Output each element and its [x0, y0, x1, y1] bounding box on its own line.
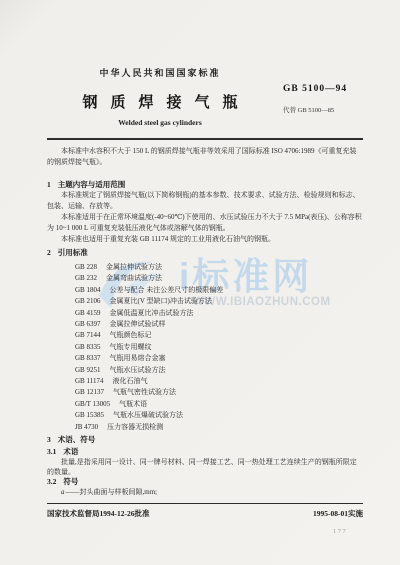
section-number: 3: [47, 435, 51, 444]
reference-title: 金属夏比(V 型缺口)冲击试验方法: [109, 297, 211, 305]
symbol-letter: a: [61, 488, 65, 496]
section-title: 符号: [63, 477, 78, 486]
reference-title: 液化石油气: [112, 377, 147, 385]
section-1-paragraph-3: 本标准也适用于重复充装 GB 11174 规定的工业用液化石油气的钢瓶。: [47, 234, 363, 245]
section-number: 3.2: [47, 477, 56, 486]
section-title: 引用标准: [58, 248, 88, 257]
standard-title-en: Welded steel gas cylinders: [47, 118, 273, 127]
reference-item: GB 2106金属夏比(V 型缺口)冲击试验方法: [75, 296, 363, 307]
reference-title: 金属拉伸试验试样: [109, 320, 165, 328]
reference-title: 气瓶术语: [119, 400, 147, 408]
reference-title: 公差与配合 未注公差尺寸的极限偏差: [109, 286, 223, 294]
standard-number: GB 5100—94: [283, 84, 363, 94]
references-list: GB 228金属拉伸试验方法 GB 232金属弯曲试验方法 GB 1804公差与…: [75, 262, 363, 433]
document-footer: 国家技术监督局1994-12-26批准 1995-08-01实施: [47, 503, 363, 519]
section-1-heading: 1主题内容与适用范围: [47, 180, 363, 190]
reference-item: GB 12137气瓶气密性试验方法: [75, 387, 363, 398]
section-3-1-paragraph: 批量,是指采用同一设计、同一牌号材料、同一焊接工艺、同一热处理工艺连续生产的钢瓶…: [47, 457, 363, 477]
reference-item: GB 9251气瓶水压试验方法: [75, 365, 363, 376]
section-title: 术语: [63, 447, 78, 456]
standard-number-block: GB 5100—94 代替 GB 5100—85: [283, 84, 363, 114]
effective-text: 1995-08-01实施: [313, 508, 363, 519]
reference-code: GB 6397: [75, 319, 100, 330]
scanned-standard-page: i标准网 WWW.IBIAOZHUN.COM 中华人民共和国国家标准 钢质焊接气…: [0, 0, 400, 565]
symbol-description: ——封头曲面与样板间隙,mm;: [66, 488, 158, 496]
reference-title: 气瓶颜色标记: [109, 331, 151, 339]
reference-item: GB/T 13005气瓶术语: [75, 399, 363, 410]
reference-code: GB 15385: [75, 410, 104, 421]
section-number: 3.1: [47, 447, 56, 456]
section-title: 术语、符号: [58, 435, 96, 444]
reference-title: 气瓶水压爆破试验方法: [113, 411, 183, 419]
reference-code: GB 11174: [75, 376, 103, 387]
reference-title: 气瓶专用螺纹: [109, 343, 151, 351]
header-rule: [47, 138, 363, 140]
reference-code: GB 2106: [75, 296, 100, 307]
section-2-heading: 2引用标准: [47, 248, 363, 258]
document-body: 本标准中水容积不大于 150 L 的钢质焊接气瓶非等效采用了国际标准 ISO 4…: [47, 146, 363, 497]
section-1-paragraph-1: 本标准规定了钢质焊接气瓶(以下简称钢瓶)的基本参数、技术要求、试验方法、检验规则…: [47, 190, 363, 212]
reference-title: 气瓶气密性试验方法: [113, 388, 176, 396]
reference-item: GB 6397金属拉伸试验试样: [75, 319, 363, 330]
reference-item: GB 15385气瓶水压爆破试验方法: [75, 410, 363, 421]
reference-item: GB 8335气瓶专用螺纹: [75, 342, 363, 353]
authority-line: 中华人民共和国国家标准: [47, 66, 273, 79]
page-number: 177: [333, 528, 347, 535]
reference-item: GB 1804公差与配合 未注公差尺寸的极限偏差: [75, 285, 363, 296]
reference-item: GB 4159金属低温夏比冲击试验方法: [75, 308, 363, 319]
section-number: 1: [47, 180, 51, 189]
section-3-heading: 3术语、符号: [47, 435, 363, 445]
section-title: 主题内容与适用范围: [58, 180, 126, 189]
reference-code: GB 232: [75, 273, 97, 284]
reference-title: 气瓶水压试验方法: [109, 366, 165, 374]
reference-item: GB 232金属弯曲试验方法: [75, 273, 363, 284]
reference-title: 气瓶用易熔合金塞: [109, 354, 165, 362]
reference-code: GB 8335: [75, 342, 100, 353]
section-number: 2: [47, 248, 51, 257]
reference-item: GB 228金属拉伸试验方法: [75, 262, 363, 273]
reference-code: GB 9251: [75, 365, 100, 376]
reference-code: GB 12137: [75, 387, 104, 398]
reference-title: 金属低温夏比冲击试验方法: [109, 309, 193, 317]
reference-title: 压力容器无损检测: [107, 423, 163, 431]
reference-code: GB/T 13005: [75, 399, 110, 410]
approval-text: 国家技术监督局1994-12-26批准: [47, 508, 150, 519]
document-header: 中华人民共和国国家标准 钢质焊接气瓶 Welded steel gas cyli…: [47, 0, 363, 140]
reference-title: 金属弯曲试验方法: [106, 274, 162, 282]
reference-code: GB 1804: [75, 285, 100, 296]
reference-code: JB 4730: [75, 422, 98, 433]
reference-item: GB 7144气瓶颜色标记: [75, 330, 363, 341]
reference-item: GB 8337气瓶用易熔合金塞: [75, 353, 363, 364]
reference-code: GB 4159: [75, 308, 100, 319]
supersedes-note: 代替 GB 5100—85: [283, 105, 363, 114]
section-1-paragraph-2: 本标准适用于在正常环境温度(-40~60℃)下使用的、水压试验压力不大于 7.5…: [47, 212, 363, 234]
section-3-1-heading: 3.1术语: [47, 447, 363, 457]
reference-code: GB 228: [75, 262, 97, 273]
title-block: 中华人民共和国国家标准 钢质焊接气瓶 Welded steel gas cyli…: [47, 0, 273, 127]
standard-title-cn: 钢质焊接气瓶: [47, 91, 273, 112]
intro-paragraph: 本标准中水容积不大于 150 L 的钢质焊接气瓶非等效采用了国际标准 ISO 4…: [47, 146, 363, 168]
reference-item: JB 4730压力容器无损检测: [75, 422, 363, 433]
reference-item: GB 11174液化石油气: [75, 376, 363, 387]
section-3-2-heading: 3.2符号: [47, 477, 363, 487]
reference-code: GB 7144: [75, 330, 100, 341]
reference-code: GB 8337: [75, 353, 100, 364]
reference-title: 金属拉伸试验方法: [106, 263, 162, 271]
symbol-definition: a——封头曲面与样板间隙,mm;: [47, 487, 363, 497]
